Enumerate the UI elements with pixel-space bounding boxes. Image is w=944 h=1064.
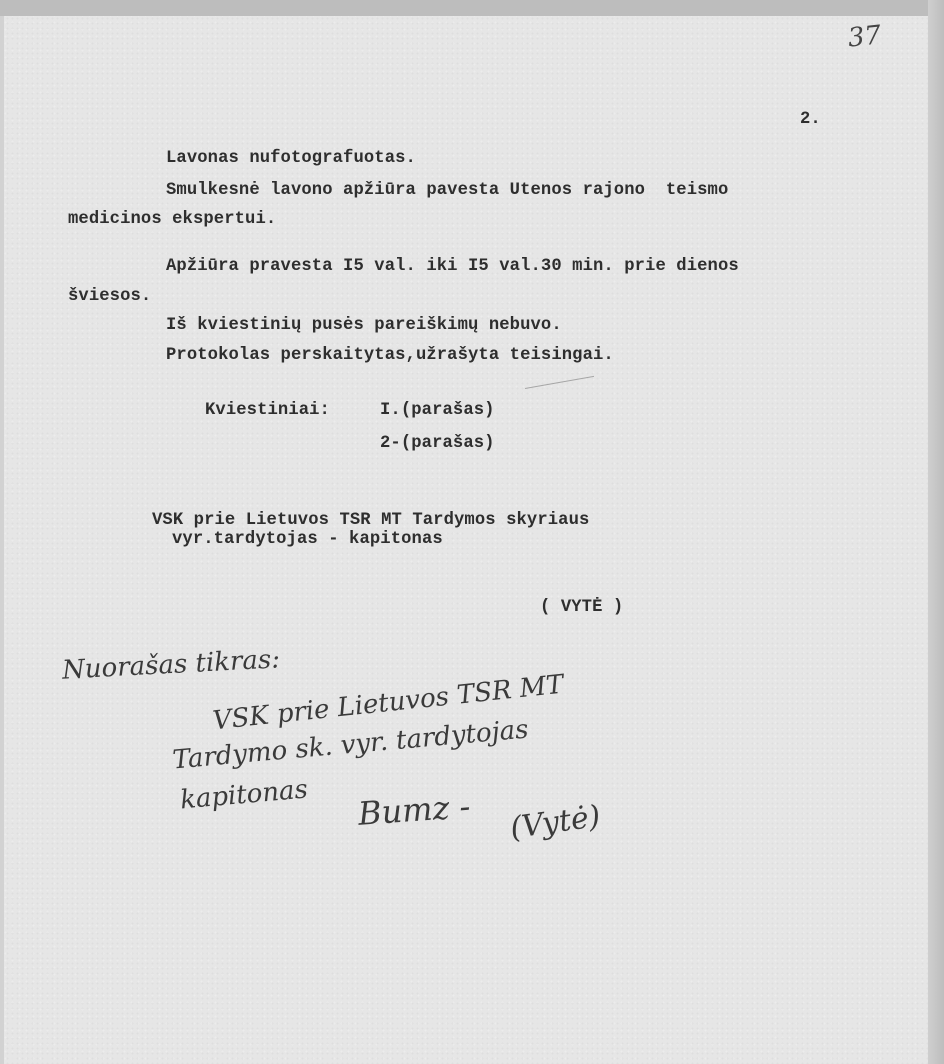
paragraph-4: Iš kviestinių pusės pareiškimų nebuvo. [166, 316, 562, 336]
document-page [0, 16, 928, 1064]
signatory-title-line-1: VSK prie Lietuvos TSR MT Tardymos skyria… [152, 511, 589, 531]
folio-number: 37 [847, 20, 883, 53]
witness-2-signature: 2-(parašas) [380, 434, 495, 454]
scan-top-border [0, 0, 944, 16]
paragraph-2-line-2: medicinos ekspertui. [68, 210, 276, 230]
page-number: 2. [800, 110, 821, 130]
paragraph-3-line-1: Apžiūra pravesta I5 val. iki I5 val.30 m… [166, 257, 739, 277]
paragraph-2-line-1: Smulkesnė lavono apžiūra pavesta Utenos … [166, 181, 728, 201]
paragraph-5: Protokolas perskaitytas,užrašyta teising… [166, 346, 614, 366]
witness-1-signature: I.(parašas) [380, 401, 495, 421]
page-left-edge [0, 16, 4, 1064]
paragraph-3-line-2: šviesos. [68, 287, 151, 307]
witnesses-label: Kviestiniai: [205, 401, 330, 421]
signatory-name: ( VYTĖ ) [540, 598, 623, 618]
paragraph-1: Lavonas nufotografuotas. [166, 149, 416, 169]
scan-right-border [928, 0, 944, 1064]
signatory-title-line-2: vyr.tardytojas - kapitonas [172, 530, 443, 550]
handwritten-signature: Bumz - [357, 791, 471, 829]
